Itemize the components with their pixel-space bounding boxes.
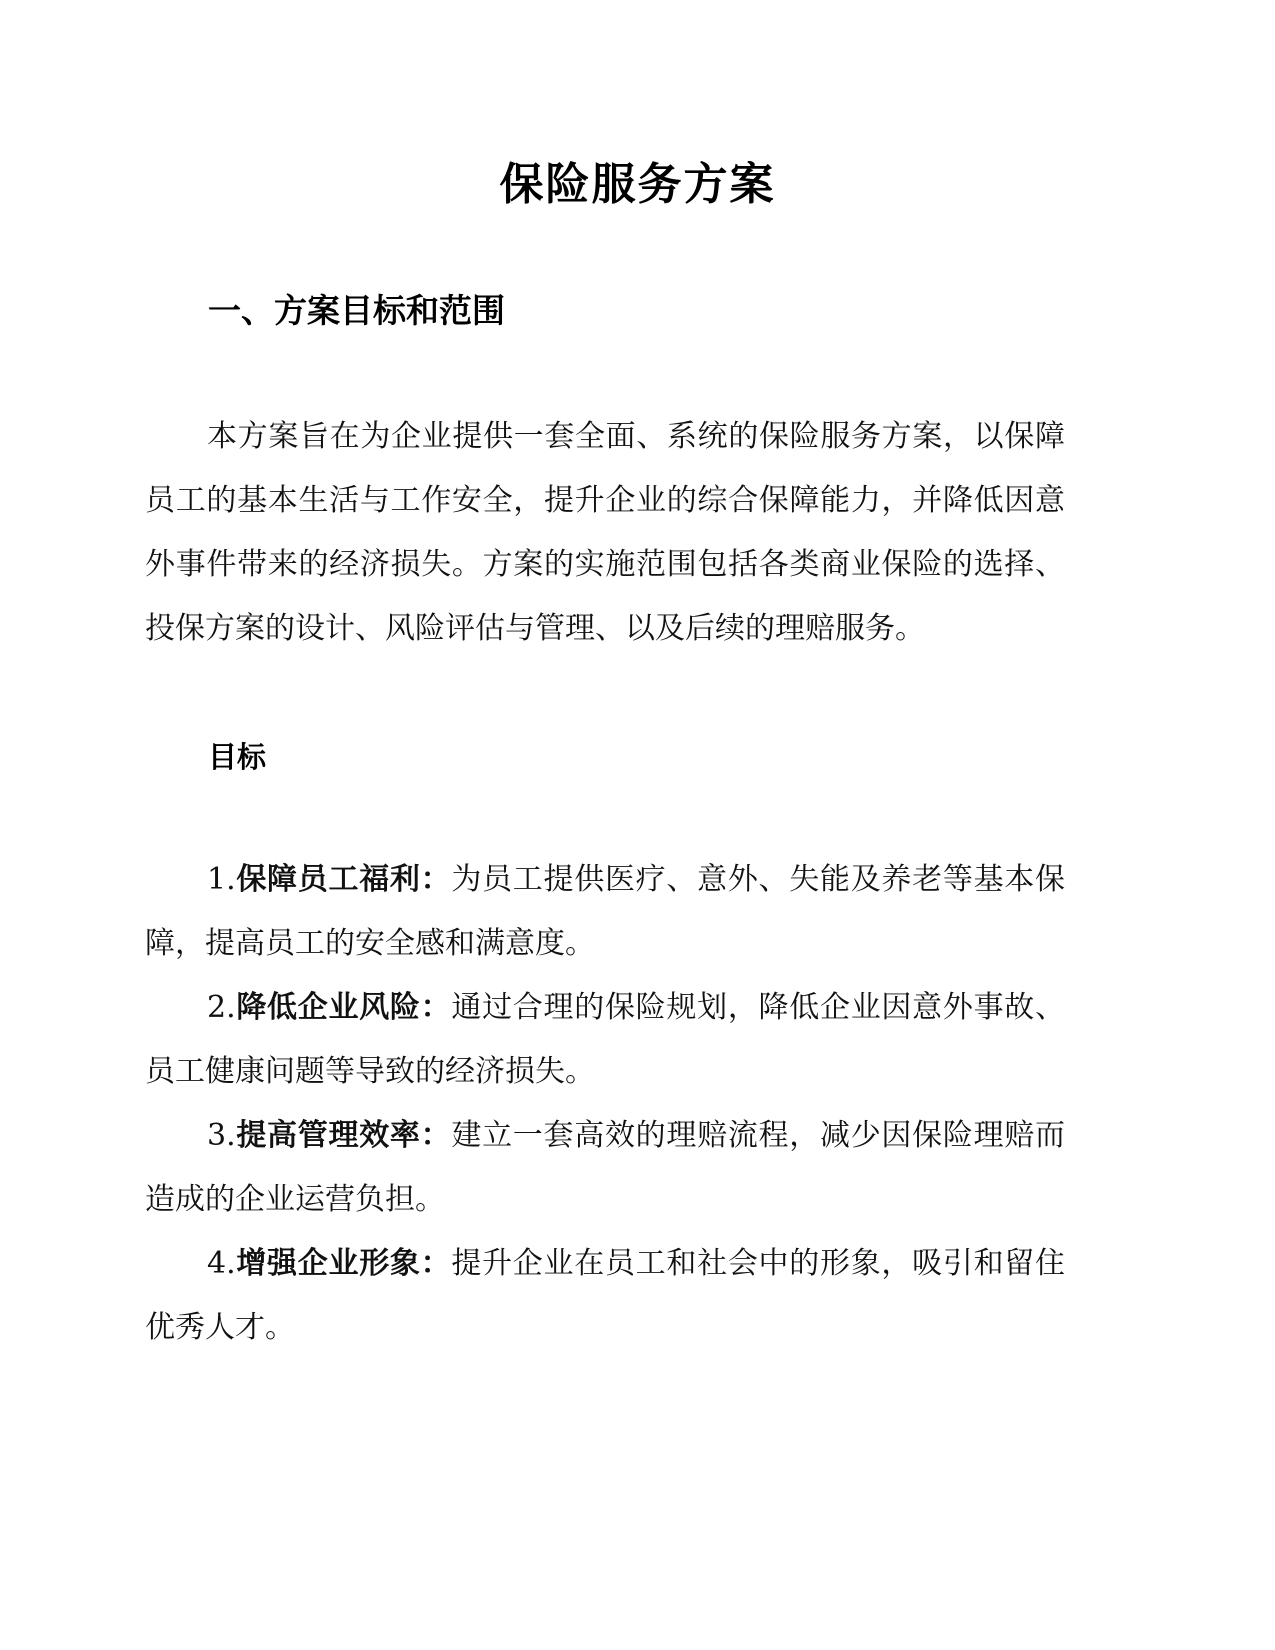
goal-number: 2. xyxy=(207,990,236,1025)
section-heading: 一、方案目标和范围 xyxy=(208,285,505,332)
goal-item: 1.保障员工福利：为员工提供医疗、意外、失能及养老等基本保障，提高员工的安全感和… xyxy=(145,848,1065,976)
document-title: 保险服务方案 xyxy=(0,148,1275,212)
goal-title: 增强企业形象： xyxy=(236,1246,452,1281)
intro-paragraph: 本方案旨在为企业提供一套全面、系统的保险服务方案，以保障员工的基本生活与工作安全… xyxy=(145,405,1065,661)
goal-title: 降低企业风险： xyxy=(236,990,452,1025)
goal-item: 4.增强企业形象：提升企业在员工和社会中的形象，吸引和留住优秀人才。 xyxy=(145,1232,1065,1360)
goal-item: 2.降低企业风险：通过合理的保险规划，降低企业因意外事故、员工健康问题等导致的经… xyxy=(145,976,1065,1104)
goal-item: 3.提高管理效率：建立一套高效的理赔流程，减少因保险理赔而造成的企业运营负担。 xyxy=(145,1104,1065,1232)
document-page: 保险服务方案 一、方案目标和范围 本方案旨在为企业提供一套全面、系统的保险服务方… xyxy=(0,0,1275,1650)
goals-heading: 目标 xyxy=(208,735,266,776)
goal-number: 3. xyxy=(207,1118,236,1153)
goal-number: 4. xyxy=(207,1246,236,1281)
goal-title: 提高管理效率： xyxy=(236,1118,452,1153)
goal-number: 1. xyxy=(207,862,236,897)
goal-title: 保障员工福利： xyxy=(236,862,452,897)
